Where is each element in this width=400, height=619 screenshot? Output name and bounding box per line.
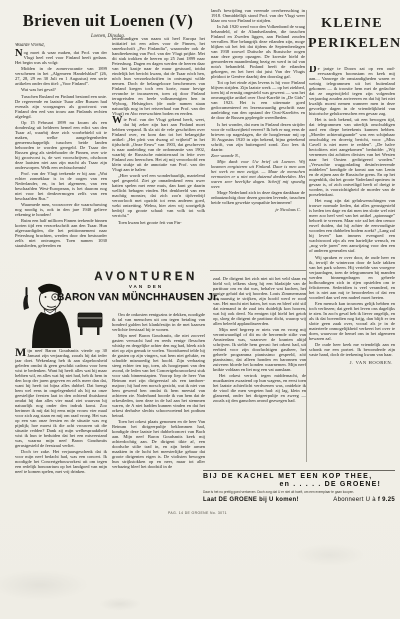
banner-headline-2: en . . . . . DE GROENE! bbox=[203, 481, 395, 488]
paragraph: Toen het orkest plaats genomen en de hee… bbox=[112, 419, 205, 469]
section-rule bbox=[210, 270, 306, 271]
avonturen-title-line1: AVONTUREN bbox=[80, 271, 212, 283]
chest-box bbox=[78, 313, 102, 327]
paragraph: Op 15 Februari 1899 nu kwam als een dond… bbox=[15, 120, 107, 170]
paragraph: Mijn neef begreep er niets van en vroeg … bbox=[213, 327, 306, 372]
paragraph: Doch ter zake. Het verjaarsgeschenk dat … bbox=[15, 449, 107, 474]
paragraph: Wij spraken er over door, de oude heer e… bbox=[309, 255, 395, 300]
paragraph: Nog moet ik waar maken, dat Prof. van de… bbox=[15, 50, 107, 65]
article-title-number: (V) bbox=[169, 11, 193, 30]
perikelen-signature: J. VAN HOOREN. bbox=[309, 360, 395, 365]
paragraph: Moge Nederland zich in deze dagen dankba… bbox=[211, 190, 305, 205]
avonturen-column-3: zaal. De dirigent liet zich niet uit het… bbox=[213, 276, 306, 468]
paragraph: Ruim een half millioen Finnen teekende b… bbox=[15, 218, 107, 248]
brieven-column-2: letterkundigen van naam uit heel Europa … bbox=[112, 36, 205, 269]
article-title-text: Brieven uit Loenen bbox=[23, 11, 165, 30]
paragraph: De jarige te Doorn zat op een oud-eerwaa… bbox=[309, 66, 395, 116]
paragraph: Mijn neef Baron Goudsmits vierde op 30 J… bbox=[15, 348, 107, 448]
paragraph: Wie Prof. van der Vlugt gekend heeft, we… bbox=[112, 117, 205, 172]
paragraph: Het mag zijn dat gelukwenschingen van tr… bbox=[309, 198, 395, 253]
paragraph: „Hier wordt wel een wonderbaarlijk, mart… bbox=[112, 173, 205, 218]
letter-salutation: Zeer waarde N., bbox=[211, 153, 305, 158]
brieven-column-1: Waarde Vriend, Nog moet ik waar maken, d… bbox=[15, 43, 107, 284]
paragraph: Het is toch bekend, uit een bewogen tijd… bbox=[309, 117, 395, 197]
box-leg bbox=[80, 327, 83, 335]
article-title: Brieven uit Loenen (V) bbox=[14, 11, 202, 31]
banner-cta: Laat DE GROENE bij U komen! bbox=[203, 497, 299, 503]
paragraph: Om de onkosten eenigszins te dekken, noo… bbox=[112, 312, 205, 332]
paragraph: Tot op het einde zijns levens is hij voo… bbox=[211, 80, 305, 120]
paragraph: De oude heer keek me vriendelijk aan en … bbox=[309, 342, 395, 357]
avonturen-column-1: Mijn neef Baron Goudsmits vierde op 30 J… bbox=[15, 348, 107, 500]
salutation: Waarde Vriend, bbox=[15, 43, 107, 48]
column-divider-rule bbox=[306, 10, 307, 462]
brieven-column-3: land's bevrijding van vreemde overheersc… bbox=[211, 8, 305, 271]
paragraph: Waarmede men, voorzoover die waarschuwin… bbox=[15, 202, 107, 217]
paragraph: Is het wonder, dat men in Finland dezen … bbox=[211, 122, 305, 152]
coat bbox=[32, 311, 71, 348]
raised-arm bbox=[23, 295, 29, 310]
eye bbox=[54, 296, 56, 298]
paragraph: In Juli 1920 werd voor den Volkenbond de… bbox=[211, 24, 305, 79]
paragraph: zaal. De dirigent liet zich niet uit het… bbox=[213, 276, 306, 326]
banner-subtext: Daar is het nu prettig goed vertoeven. D… bbox=[203, 490, 395, 494]
paragraph: Tusschen Rusland en Finland bestond een … bbox=[15, 94, 107, 119]
paragraph: Midden in de zomervacantie van 1899 vers… bbox=[15, 66, 107, 86]
paragraph: Prof. van der Vlugt teekende er bij aan:… bbox=[15, 171, 107, 201]
paragraph: Een mensch kan trouwens gelijk hebben en… bbox=[309, 301, 395, 341]
paragraph: Het orkest vertrok tegen middernacht, de… bbox=[213, 373, 306, 403]
paragraph: letterkundigen van naam uit heel Europa … bbox=[112, 36, 205, 116]
paragraph: land's bevrijding van vreemde overheersc… bbox=[211, 8, 305, 23]
box-leg bbox=[97, 327, 100, 335]
subscription-banner: BIJ DE KACHEL MET EEN KOP THEE, en . . .… bbox=[203, 473, 395, 503]
perikelen-title: KLEINE PERIKELEN bbox=[308, 14, 396, 54]
paragraph: Mijn neef Baron Goudsmits, die niet zoov… bbox=[112, 333, 205, 418]
banner-headline: BIJ DE KACHEL MET EEN KOP THEE, bbox=[203, 473, 395, 480]
perikelen-column: De jarige te Doorn zat op een oud-eerwaa… bbox=[309, 66, 395, 459]
letter-closing-signature: je Nicolaas C. bbox=[211, 207, 305, 212]
avonturen-title-line2: VAN DEN bbox=[80, 284, 212, 289]
banner-top-rule bbox=[203, 470, 395, 471]
subscribe-label: Abonneert U à bbox=[333, 497, 376, 503]
newspaper-page: Brieven uit Loenen (V) Loenen, Dinsdag. … bbox=[0, 0, 400, 619]
paragraph: Wat was het geval? bbox=[15, 87, 107, 92]
paragraph: Toen kwam het groote feit van Fin- bbox=[112, 220, 205, 225]
page-footer: PAG. 14 DE GROENE No. 3071 bbox=[168, 511, 227, 515]
subscribe-price: f 9.25 bbox=[378, 497, 395, 503]
avonturen-title-line3: BARON VAN MÜNCHHAUSEN Jr. bbox=[57, 291, 209, 303]
perikelen-title-line1: KLEINE bbox=[321, 16, 383, 31]
letter-body: Mijn dank voor Uw brief uit Loenen. Wij … bbox=[211, 159, 305, 189]
avonturen-column-2: Om de onkosten eenigszins te dekken, noo… bbox=[112, 312, 205, 513]
subscribe-offer: Abonneert U à f 9.25 bbox=[333, 497, 395, 503]
perikelen-title-line2: PERIKELEN bbox=[308, 36, 400, 51]
